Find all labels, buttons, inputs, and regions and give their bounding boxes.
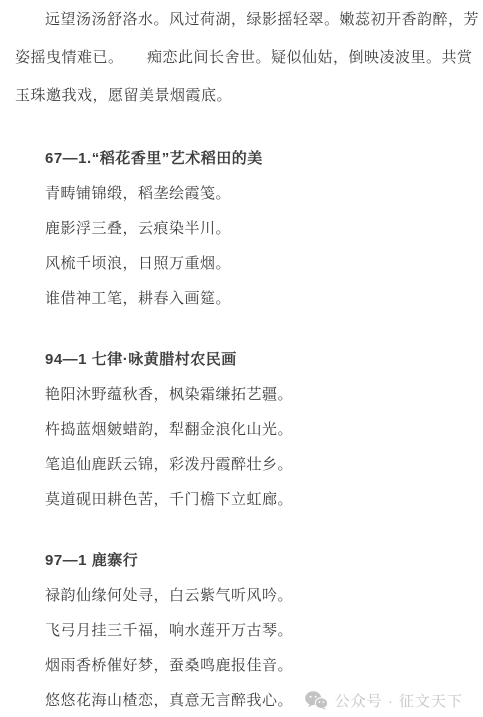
poem-line: 烟雨香桥催好梦，蚕桑鸣鹿报佳音。 xyxy=(15,648,467,683)
poem-title: 97—1 鹿寨行 xyxy=(15,543,467,578)
poem-line: 禄韵仙缘何处寻，白云紫气听风吟。 xyxy=(15,578,467,613)
poem-line: 风梳千顷浪，日照万重烟。 xyxy=(15,246,467,281)
poem-section: 94—1 七律·咏黄腊村农民画 艳阳沐野蕴秋香，枫染霜缣拓艺疆。 杵捣蓝烟皴蜡韵… xyxy=(15,342,467,517)
poem-line: 莫道砚田耕色苦，千门檐下立虹廊。 xyxy=(15,482,467,517)
intro-paragraph: 远望汤汤舒洛水。风过荷湖，绿影摇轻翠。嫩蕊初开香韵醉，芳 姿摇曳情难已。 痴恋此… xyxy=(15,1,467,115)
text-line: 远望汤汤舒洛水。风过荷湖，绿影摇轻翠。嫩蕊初开香韵醉，芳 xyxy=(15,1,467,39)
document-page: 远望汤汤舒洛水。风过荷湖，绿影摇轻翠。嫩蕊初开香韵醉，芳 姿摇曳情难已。 痴恋此… xyxy=(0,0,483,717)
poem-line: 谁借神工笔，耕春入画筵。 xyxy=(15,281,467,316)
poem-line: 艳阳沐野蕴秋香，枫染霜缣拓艺疆。 xyxy=(15,377,467,412)
poem-section: 67—1.“稻花香里”艺术稻田的美 青畴铺锦缎，稻垄绘霞笺。 鹿影浮三叠，云痕染… xyxy=(15,141,467,316)
text-line: 玉珠邀我戏，愿留美景烟霞底。 xyxy=(15,77,467,115)
text-line: 姿摇曳情难已。 痴恋此间长舍世。疑似仙姑，倒映凌波里。共赏 xyxy=(15,39,467,77)
wechat-icon xyxy=(305,691,328,710)
poem-line: 笔追仙鹿跃云锦，彩泼丹霞醉壮乡。 xyxy=(15,447,467,482)
watermark-text: 公众号 · 征文天下 xyxy=(335,690,463,711)
poem-line: 青畴铺锦缎，稻垄绘霞笺。 xyxy=(15,176,467,211)
poem-line: 飞弓月挂三千福，响水莲开万古琴。 xyxy=(15,613,467,648)
poem-title: 94—1 七律·咏黄腊村农民画 xyxy=(15,342,467,377)
watermark: 公众号 · 征文天下 xyxy=(305,687,463,713)
poem-line: 杵捣蓝烟皴蜡韵，犁翻金浪化山光。 xyxy=(15,412,467,447)
poem-title: 67—1.“稻花香里”艺术稻田的美 xyxy=(15,141,467,176)
poem-line: 鹿影浮三叠，云痕染半川。 xyxy=(15,211,467,246)
